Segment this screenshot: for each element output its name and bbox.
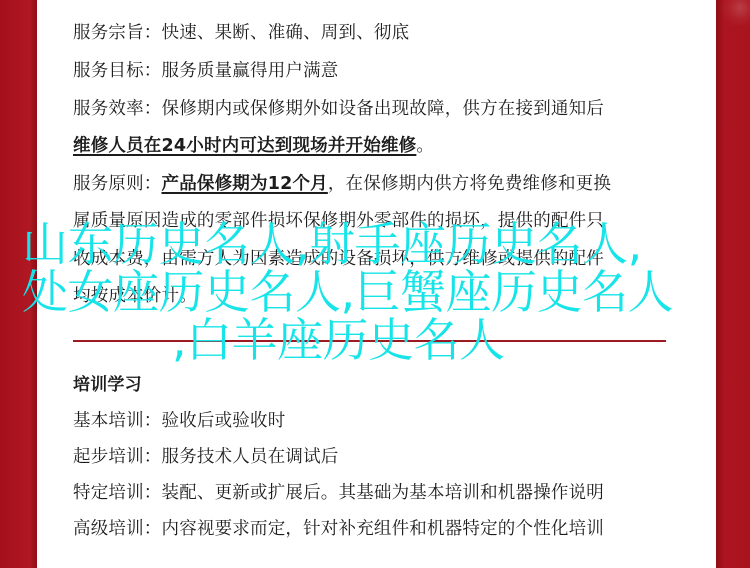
service-goal-value: 服务质量赢得用户满意: [162, 61, 339, 81]
service-goal-label: 服务目标：: [73, 61, 162, 81]
training-item-value: 内容视要求而定，针对补充组件和机器特定的个性化培训: [162, 519, 605, 539]
training-item: 起步培训：服务技术人员在调试后: [73, 446, 339, 468]
service-principle-emphasis: 产品保修期为12个月: [162, 174, 328, 194]
service-principle-value: ，在保修期内供方将免费维修和更换: [328, 174, 611, 194]
service-goal-line: 服务目标：服务质量赢得用户满意: [73, 60, 339, 82]
training-heading: 培训学习: [73, 374, 142, 396]
training-item-label: 高级培训：: [73, 519, 162, 539]
watermark-icon: [718, 0, 750, 26]
service-principle-line-4: 均按成本价计。: [73, 285, 197, 307]
service-efficiency-label: 服务效率：: [73, 99, 162, 119]
training-item: 高级培训：内容视要求而定，针对补充组件和机器特定的个性化培训: [73, 518, 604, 540]
section-divider: [73, 340, 666, 342]
training-item-value: 服务技术人员在调试后: [162, 447, 339, 467]
right-red-border: [716, 0, 750, 568]
service-efficiency-emphasis: 维修人员在24小时内可达到现场并开始维修: [73, 136, 416, 156]
training-item-label: 特定培训：: [73, 483, 162, 503]
training-item-value: 装配、更新或扩展后。其基础为基本培训和机器操作说明: [162, 483, 605, 503]
service-efficiency-line: 服务效率：保修期内或保修期外如设备出现故障，供方在接到通知后: [73, 98, 604, 120]
training-item: 基本培训：验收后或验收时: [73, 410, 285, 432]
service-purpose-line: 服务宗旨：快速、果断、准确、周到、彻底: [73, 22, 409, 44]
training-item-value: 验收后或验收时: [162, 411, 286, 431]
service-efficiency-emphasis-line: 维修人员在24小时内可达到现场并开始维修。: [73, 135, 434, 157]
service-purpose-value: 快速、果断、准确、周到、彻底: [162, 23, 410, 43]
service-principle-line-3: 收成本费，由需方人为因素造成的设备损坏，供方维修或提供的配件: [73, 248, 604, 270]
service-efficiency-value: 保修期内或保修期外如设备出现故障，供方在接到通知后: [162, 99, 605, 119]
service-principle-line-2: 属质量原因造成的零部件损坏保修期外零部件的损坏，提供的配件只: [73, 210, 604, 232]
service-principle-line: 服务原则：产品保修期为12个月，在保修期内供方将免费维修和更换: [73, 173, 611, 195]
training-item: 特定培训：装配、更新或扩展后。其基础为基本培训和机器操作说明: [73, 482, 604, 504]
service-principle-label: 服务原则：: [73, 174, 162, 194]
service-efficiency-emphasis-end: 。: [416, 136, 434, 156]
left-red-border: [0, 0, 37, 568]
training-item-label: 基本培训：: [73, 411, 162, 431]
training-item-label: 起步培训：: [73, 447, 162, 467]
service-purpose-label: 服务宗旨：: [73, 23, 162, 43]
